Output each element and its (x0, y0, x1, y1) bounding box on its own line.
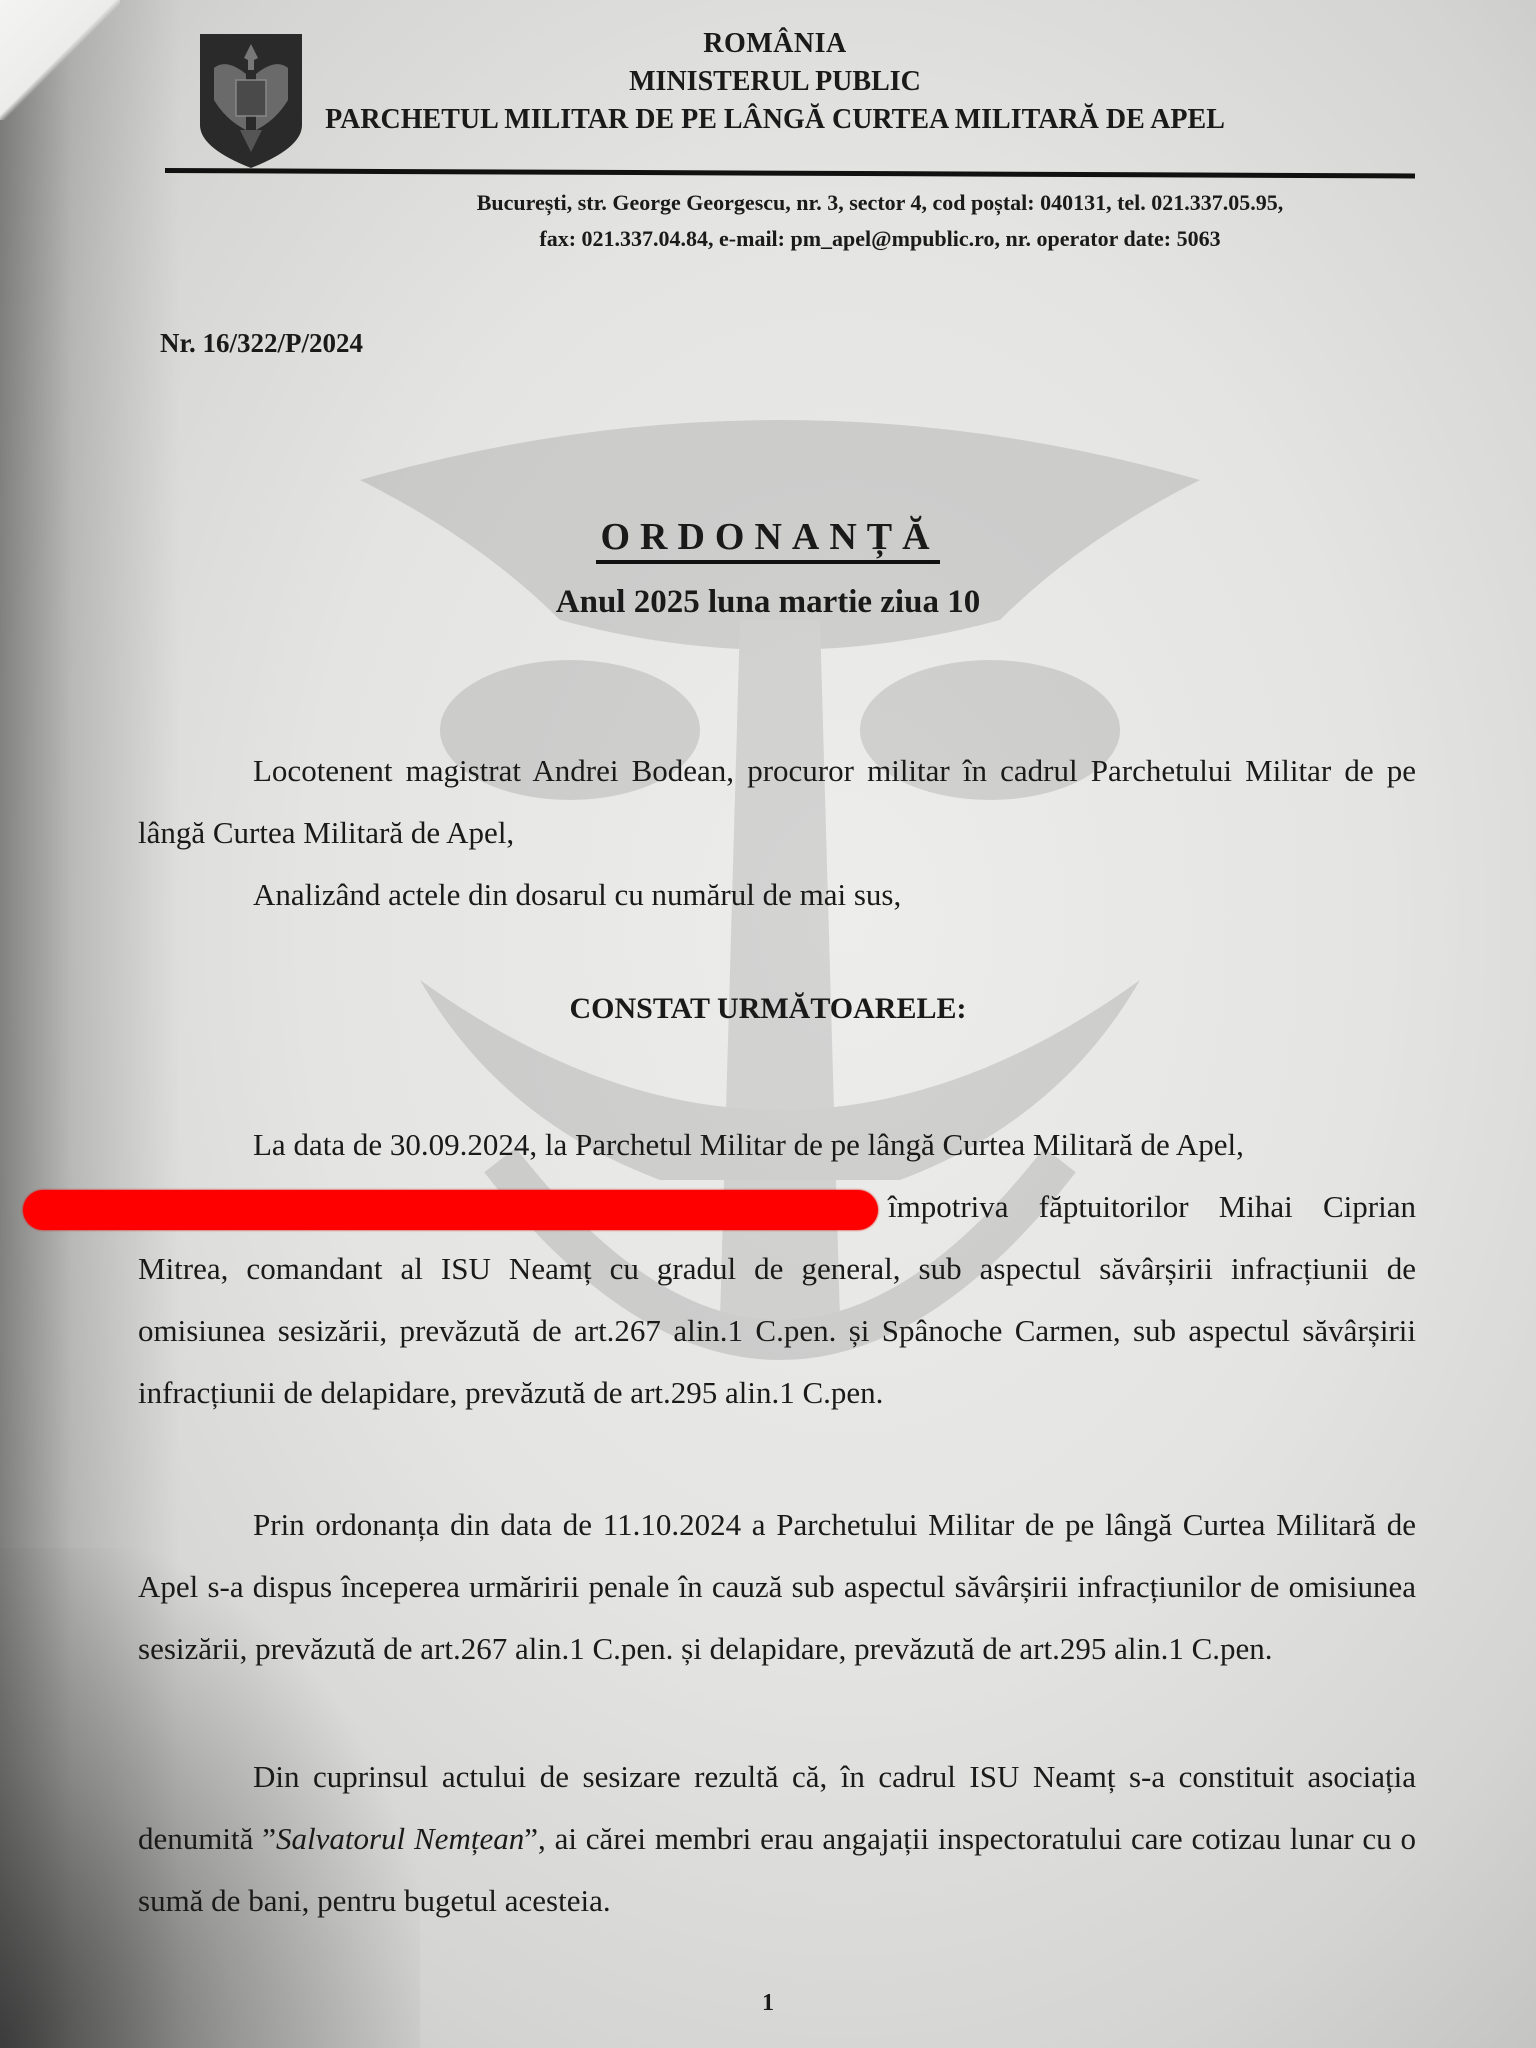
intro-text: Locotenent magistrat Andrei Bodean, proc… (138, 740, 1416, 864)
paper-fold-corner (0, 0, 120, 120)
section-heading: CONSTAT URMĂTOARELE: (0, 992, 1536, 1026)
paragraph-3: Din cuprinsul actului de sesizare rezult… (138, 1746, 1416, 1932)
paragraph-1-start: La data de 30.09.2024, la Parchetul Mili… (253, 1127, 1244, 1162)
document-title-text: ORDONANȚĂ (596, 516, 939, 564)
header-country: ROMÂNIA (235, 28, 1315, 60)
document-number: Nr. 16/322/P/2024 (160, 328, 363, 359)
header-address-line2: fax: 021.337.04.84, e-mail: pm_apel@mpub… (350, 226, 1410, 252)
paragraph-2: Prin ordonanța din data de 11.10.2024 a … (138, 1494, 1416, 1680)
header-ministry: MINISTERUL PUBLIC (235, 66, 1315, 98)
intro-paragraph: Locotenent magistrat Andrei Bodean, proc… (138, 740, 1416, 864)
redaction-mark (23, 1190, 878, 1230)
header-institution: PARCHETUL MILITAR DE PE LÂNGĂ CURTEA MIL… (235, 104, 1315, 136)
page-number: 1 (0, 1990, 1536, 2017)
paragraph-1: La data de 30.09.2024, la Parchetul Mili… (138, 1114, 1416, 1424)
header-address-line1: București, str. George Georgescu, nr. 3,… (350, 190, 1410, 216)
paragraph-2-text: Prin ordonanța din data de 11.10.2024 a … (138, 1494, 1416, 1680)
document-title: ORDONANȚĂ (0, 515, 1536, 559)
document-date: Anul 2025 luna martie ziua 10 (0, 584, 1536, 621)
analysis-text: Analizând actele din dosarul cu numărul … (138, 864, 1416, 926)
analysis-paragraph: Analizând actele din dosarul cu numărul … (138, 864, 1416, 926)
association-name: Salvatorul Nemțean (276, 1821, 524, 1856)
